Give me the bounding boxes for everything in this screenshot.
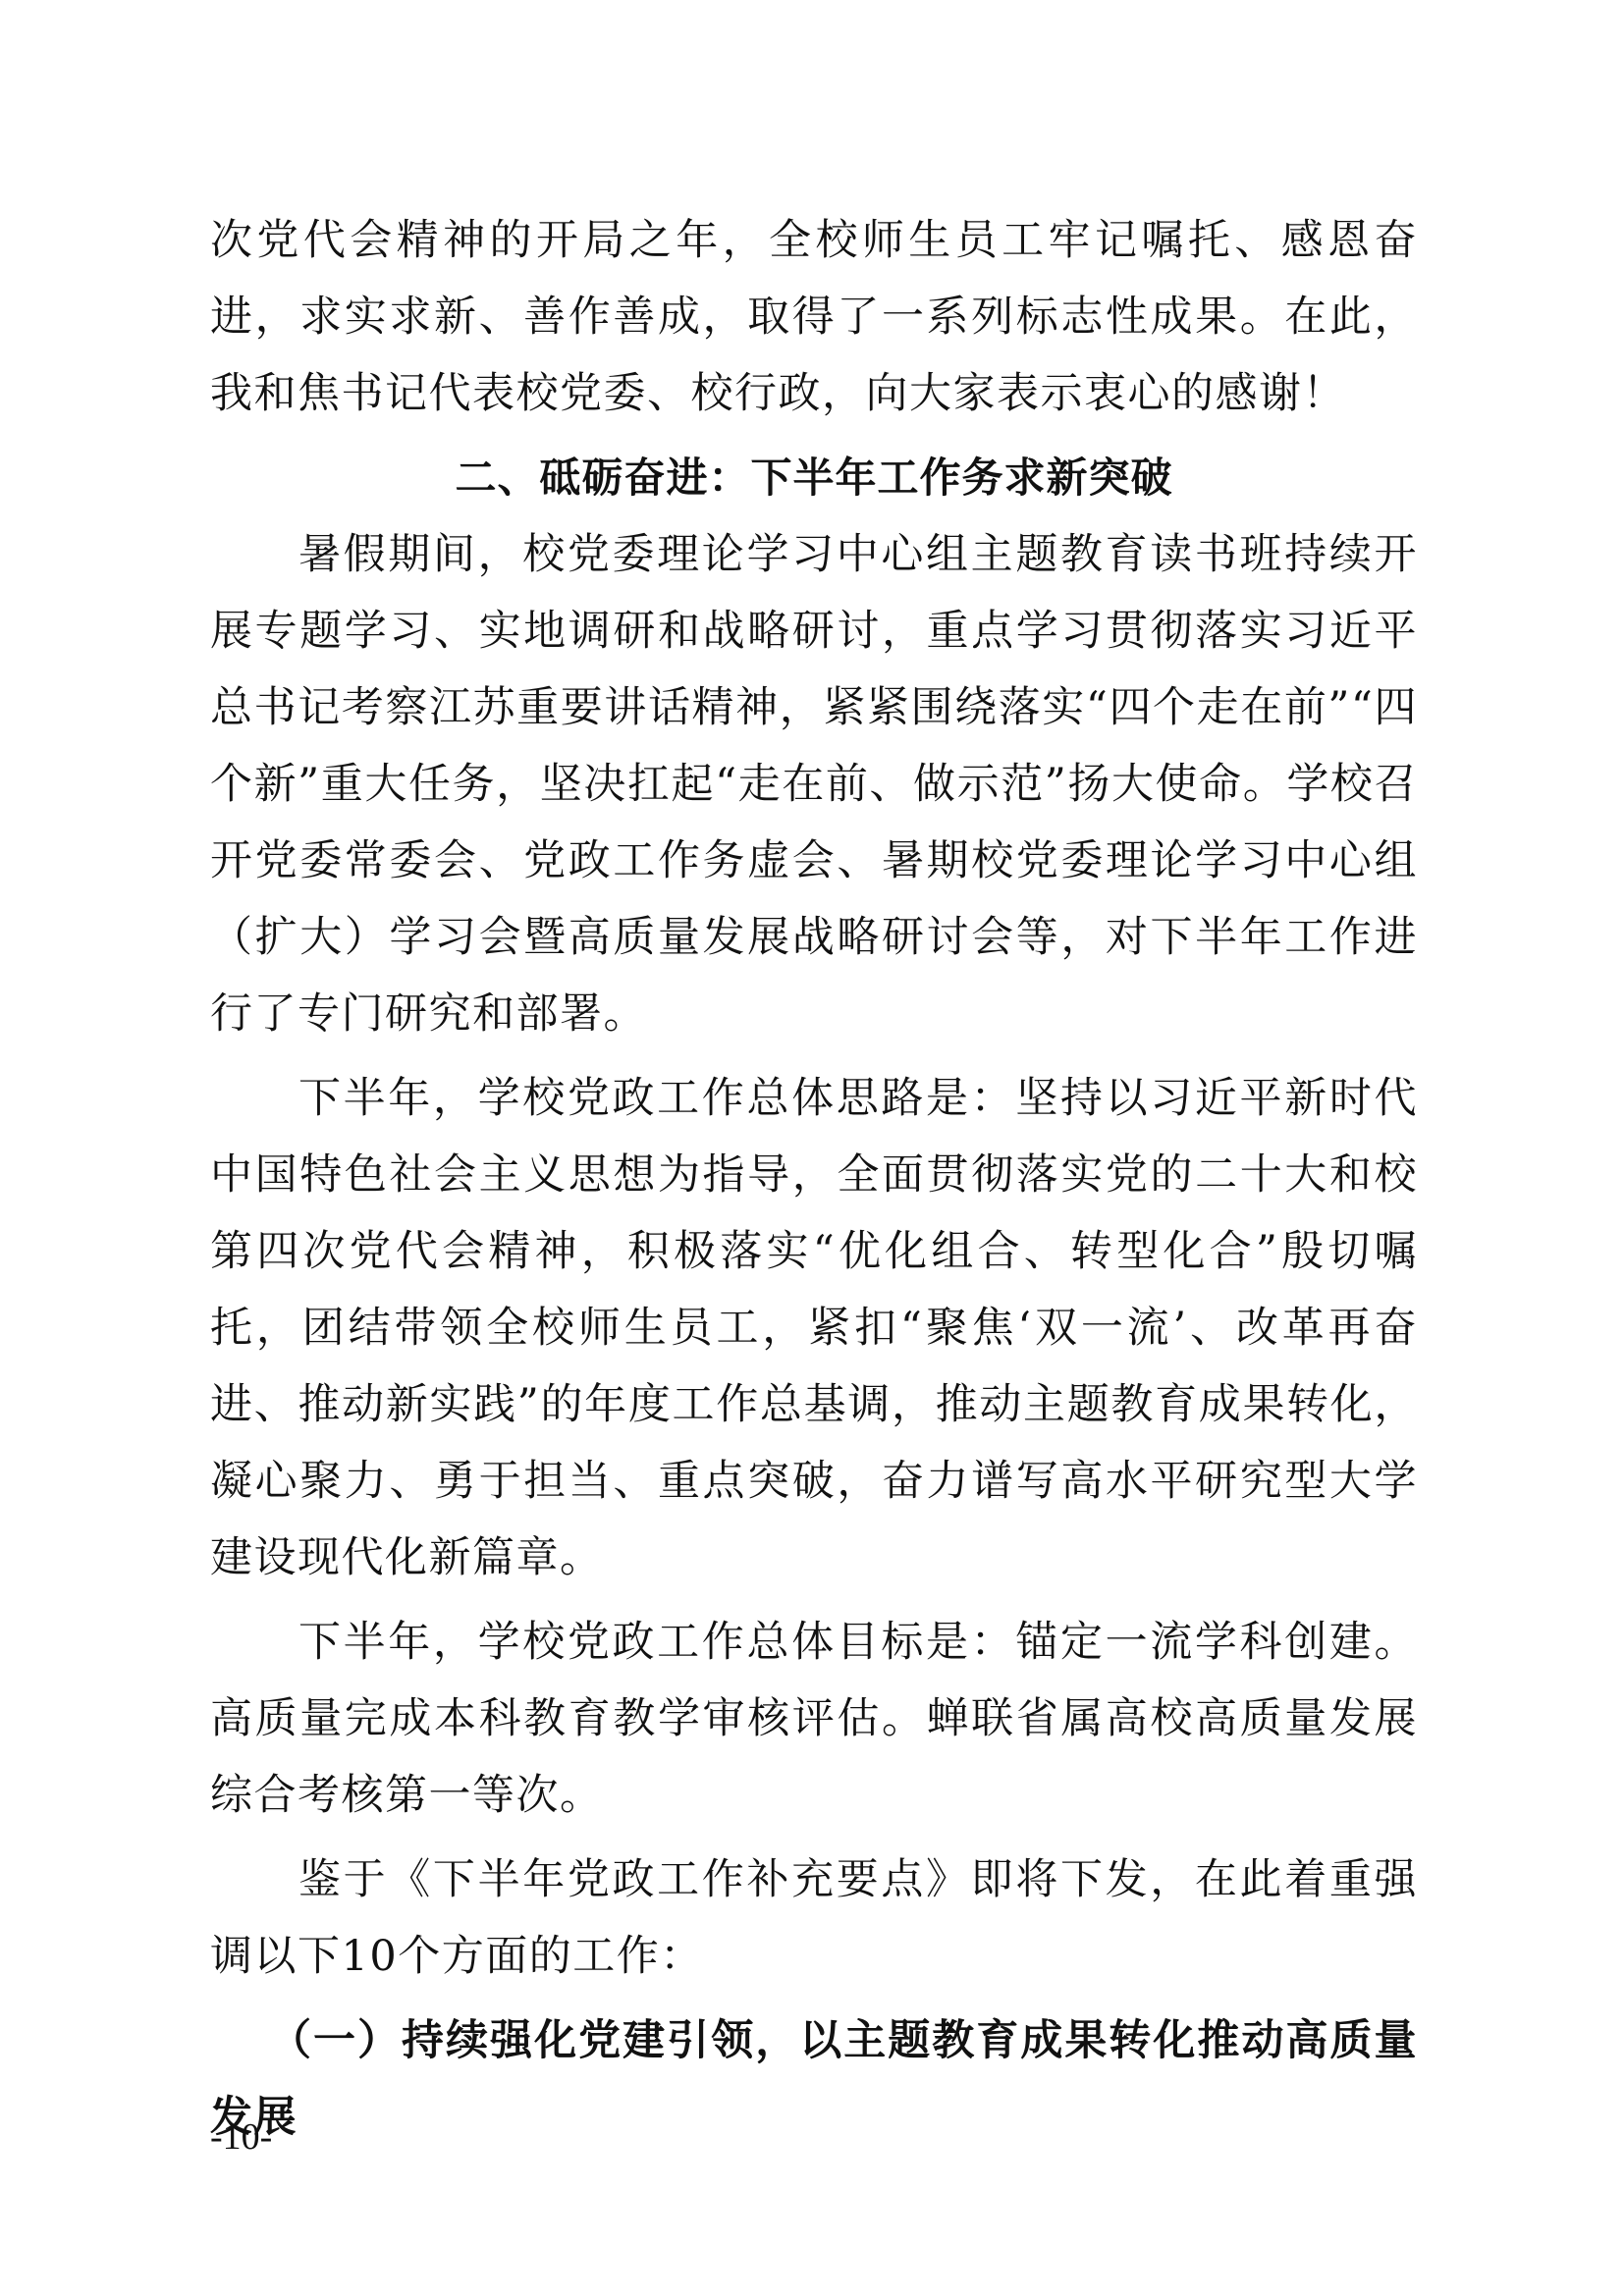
- spacer: [210, 1995, 1418, 2002]
- paragraph-continuation: 次党代会精神的开局之年，全校师生员工牢记嘱托、感恩奋进，求实求新、善作善成，取得…: [210, 202, 1418, 432]
- page-number: -10-: [210, 2115, 272, 2159]
- paragraph-overall-approach: 下半年，学校党政工作总体思路是：坚持以习近平新时代中国特色社会主义思想为指导，全…: [210, 1060, 1418, 1596]
- document-page: 次党代会精神的开局之年，全校师生员工牢记嘱托、感恩奋进，求实求新、善作善成，取得…: [0, 0, 1624, 2296]
- spacer: [210, 1052, 1418, 1060]
- paragraph-overall-goals: 下半年，学校党政工作总体目标是：锚定一流学科创建。高质量完成本科教育教学审核评估…: [210, 1604, 1418, 1834]
- document-body: 次党代会精神的开局之年，全校师生员工牢记嘱托、感恩奋进，求实求新、善作善成，取得…: [210, 202, 1418, 2156]
- section-heading: 二、砥砺奋进：下半年工作务求新突破: [210, 440, 1418, 516]
- spacer: [210, 432, 1418, 440]
- paragraph-ten-aspects: 鉴于《下半年党政工作补充要点》即将下发，在此着重强调以下10个方面的工作：: [210, 1842, 1418, 1995]
- subsection-heading: （一）持续强化党建引领，以主题教育成果转化推动高质量发展: [210, 2002, 1418, 2156]
- spacer: [210, 1834, 1418, 1842]
- paragraph-summer-study: 暑假期间，校党委理论学习中心组主题教育读书班持续开展专题学习、实地调研和战略研讨…: [210, 516, 1418, 1052]
- spacer: [210, 1596, 1418, 1604]
